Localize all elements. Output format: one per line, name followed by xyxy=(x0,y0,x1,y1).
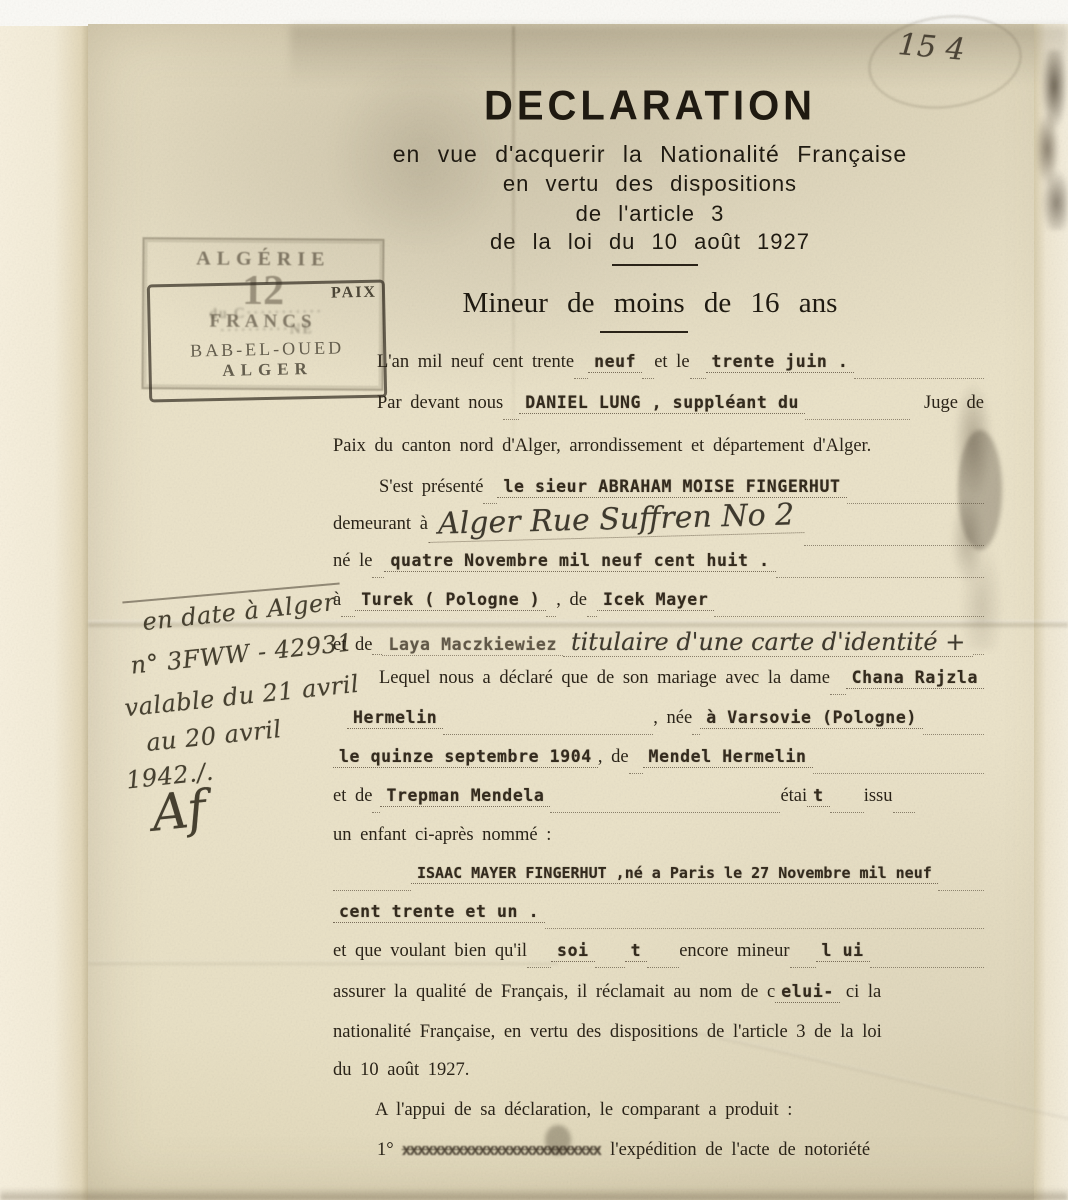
filled-value: Laya Maczkiewiez xyxy=(382,635,563,656)
label: demeurant à xyxy=(333,514,428,535)
static-text: l'expédition de l'acte de notoriété xyxy=(610,1140,870,1161)
label: issu xyxy=(864,786,893,807)
handwritten-note: titulaire d'une carte d'identité + xyxy=(563,628,973,657)
form-line-wife-birth: le quinze septembre 1904 , de Mendel Her… xyxy=(333,747,984,774)
label: encore mineur xyxy=(679,941,789,962)
corner-page-number: 15 4 xyxy=(897,27,967,68)
form-line-evidence-item: 1° xxxxxxxxxxxxxxxxxxxxxxxxxx l'expéditi… xyxy=(333,1140,984,1167)
filled-value: l ui xyxy=(816,941,870,962)
static-text: nationalité Française, en vertu des disp… xyxy=(333,1022,882,1043)
office-stamp: PAIX du C··········· ··········NE BAB-EL… xyxy=(147,280,387,403)
margin-note-initials: Af xyxy=(149,779,209,842)
filled-value: t xyxy=(807,786,830,807)
label: et de xyxy=(333,786,372,807)
form-line-marriage: Lequel nous a déclaré que de son mariage… xyxy=(333,668,984,695)
form-line-nationality: nationalité Française, en vertu des disp… xyxy=(333,1022,984,1049)
filled-value: neuf xyxy=(588,352,642,373)
left-page-fold xyxy=(0,26,90,1200)
form-line-official: Par devant nous DANIEL LUNG , suppléant … xyxy=(333,393,984,420)
filled-value: ISAAC MAYER FINGERHUT ,né a Paris le 27 … xyxy=(411,864,938,884)
static-text: Lequel nous a déclaré que de son mariage… xyxy=(379,668,830,689)
filled-value: DANIEL LUNG , suppléant du xyxy=(519,393,805,414)
filled-value: quatre Novembre mil neuf cent huit . xyxy=(384,551,775,572)
label: étai xyxy=(780,786,807,807)
filled-value: Icek Mayer xyxy=(597,590,714,611)
label: L'an mil neuf cent trente xyxy=(377,352,574,373)
form-line-birthdate: né le quatre Novembre mil neuf cent huit… xyxy=(333,551,984,578)
form-line-address: demeurant à Alger Rue Suffren No 2 xyxy=(333,502,984,546)
form-line-law-date: du 10 août 1927. xyxy=(333,1060,984,1087)
handwritten-address: Alger Rue Suffren No 2 xyxy=(428,497,805,543)
static-text: du 10 août 1927. xyxy=(333,1060,469,1081)
form-line-child-intro: un enfant ci-après nommé : xyxy=(333,825,984,852)
label: Par devant nous xyxy=(377,393,503,414)
form-line-mother: et de Laya Maczkiewiez titulaire d'une c… xyxy=(333,628,984,655)
static-text: assurer la qualité de Français, il récla… xyxy=(333,982,775,1003)
subtitle-line-3: de l'article 3 xyxy=(240,201,1060,227)
form-line-birthplace: à Turek ( Pologne ) , de Icek Mayer xyxy=(333,590,984,617)
header-rule xyxy=(612,264,698,266)
filled-value: Turek ( Pologne ) xyxy=(355,590,546,611)
subtitle-line-2: en vertu des dispositions xyxy=(240,171,1060,197)
form-line-evidence-intro: A l'appui de sa déclaration, le comparan… xyxy=(333,1100,984,1127)
filled-value: le sieur ABRAHAM MOISE FINGERHUT xyxy=(497,477,846,498)
form-line-year: L'an mil neuf cent trente neuf et le tre… xyxy=(333,352,984,379)
filled-value: elui- xyxy=(775,982,840,1003)
label: né le xyxy=(333,551,372,572)
filled-value: Chana Rajzla xyxy=(846,668,984,689)
struck-out-text: xxxxxxxxxxxxxxxxxxxxxxxxxx xyxy=(402,1140,600,1159)
form-line-minor: et que voulant bien qu'il soi t encore m… xyxy=(333,941,984,968)
item-number: 1° xyxy=(377,1140,394,1161)
form-line-wife-mother: et de Trepman Mendela étai t issu xyxy=(333,786,984,813)
label: , de xyxy=(556,590,587,611)
label: ci la xyxy=(840,982,881,1003)
static-text: A l'appui de sa déclaration, le comparan… xyxy=(375,1100,792,1121)
form-line-claim: assurer la qualité de Français, il récla… xyxy=(333,982,984,1009)
label: , de xyxy=(598,747,629,768)
subject-rule xyxy=(600,331,688,333)
filled-value: Hermelin xyxy=(347,708,443,729)
document-title: DECLARATION xyxy=(240,83,1060,130)
label: et de xyxy=(333,635,372,656)
label: et le xyxy=(654,352,689,373)
filled-value: trente juin . xyxy=(706,352,855,373)
label: S'est présenté xyxy=(379,477,483,498)
label: et que voulant bien qu'il xyxy=(333,941,527,962)
filled-value: soi xyxy=(551,941,595,962)
form-line-child-name: ISAAC MAYER FINGERHUT ,né a Paris le 27 … xyxy=(333,864,984,891)
stamp-line-paix: PAIX xyxy=(331,284,377,303)
filled-value: Trepman Mendela xyxy=(380,786,550,807)
label: Juge de xyxy=(910,393,984,414)
subtitle-line-1: en vue d'acquerir la Nationalité Françai… xyxy=(240,141,1060,168)
filled-value: cent trente et un . xyxy=(333,902,545,923)
static-text: Paix du canton nord d'Alger, arrondissem… xyxy=(333,436,871,457)
bottom-scan-shadow xyxy=(0,1188,1068,1200)
label: à xyxy=(333,590,341,611)
filled-value: à Varsovie (Pologne) xyxy=(700,708,923,729)
filled-value: le quinze septembre 1904 xyxy=(333,747,598,768)
filled-value: t xyxy=(625,941,648,962)
filled-value: Mendel Hermelin xyxy=(643,747,813,768)
form-line-wife-surname: Hermelin , née à Varsovie (Pologne) xyxy=(333,708,984,735)
static-text: un enfant ci-après nommé : xyxy=(333,825,551,846)
form-line-child-year: cent trente et un . xyxy=(333,902,984,929)
scanned-declaration-document: 15 4 DECLARATION en vue d'acquerir la Na… xyxy=(0,0,1068,1200)
label: , née xyxy=(653,708,692,729)
form-line-jurisdiction: Paix du canton nord d'Alger, arrondissem… xyxy=(333,436,984,463)
